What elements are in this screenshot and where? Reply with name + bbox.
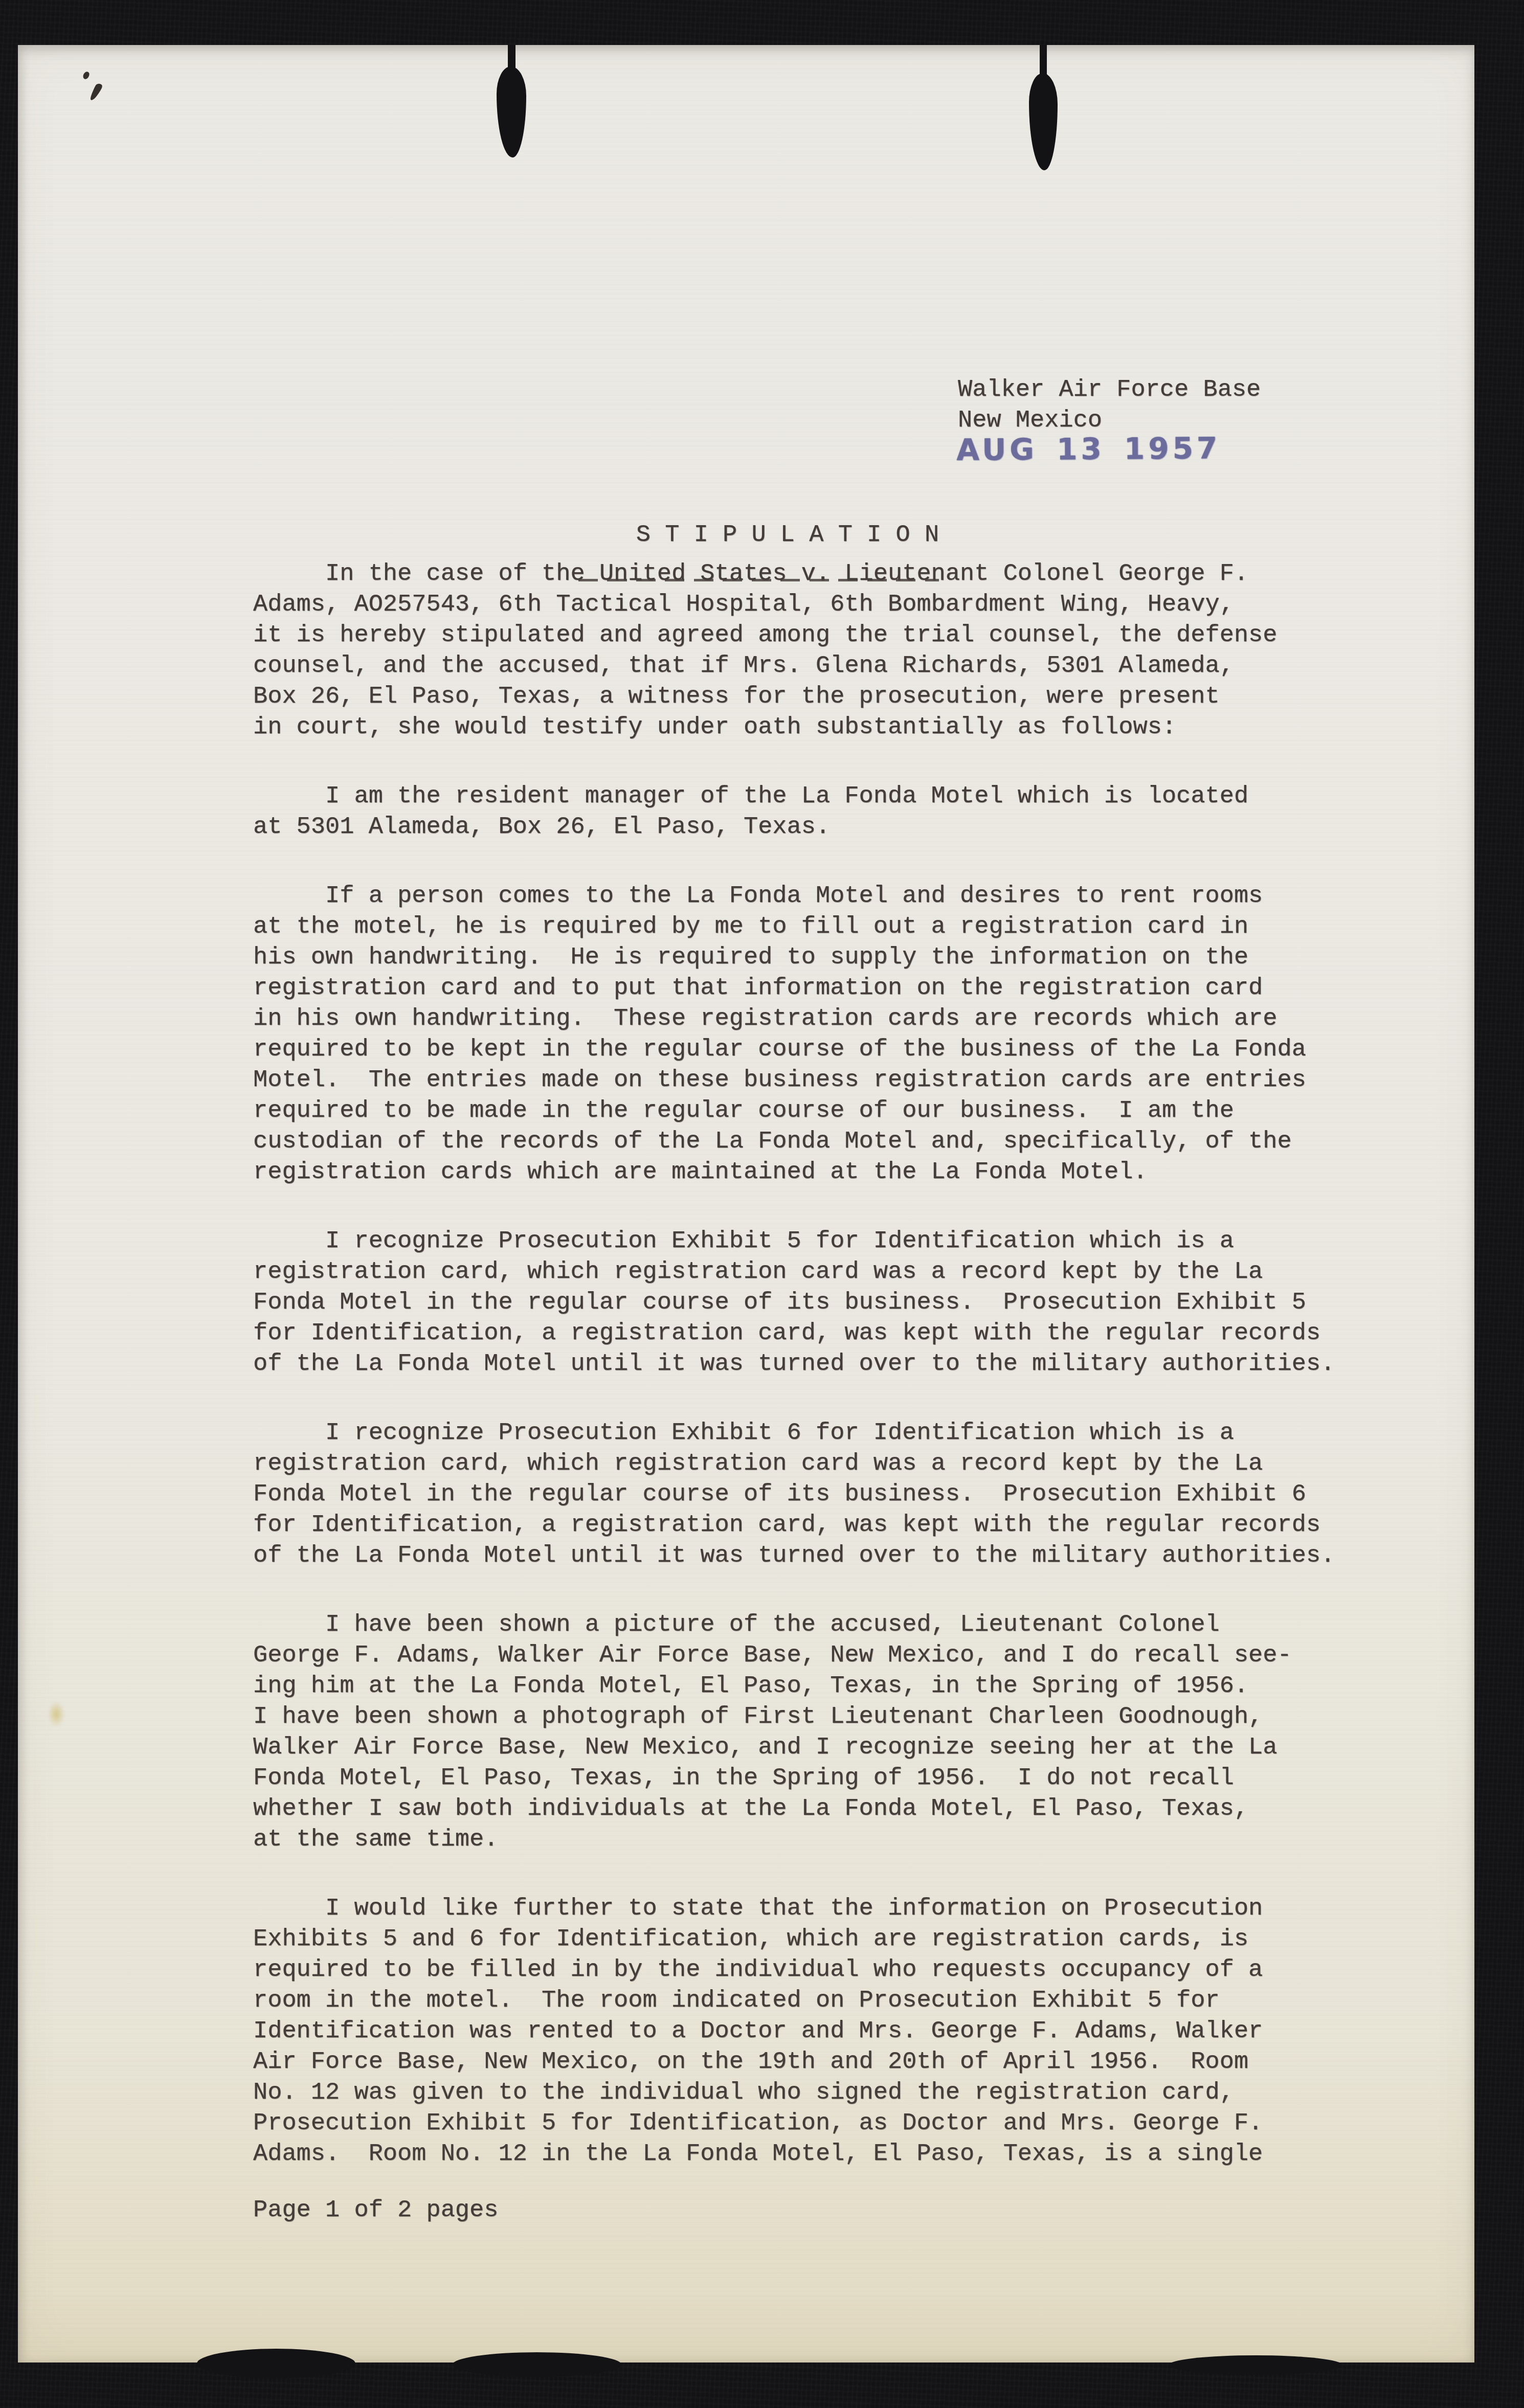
ink-speck: [82, 71, 90, 80]
paragraph-5: I recognize Prosecution Exhibit 6 for Id…: [253, 1418, 1335, 1571]
document-title-text: S T I P U L A T I O N: [636, 522, 939, 549]
paper-stain: [48, 1701, 65, 1727]
torn-edge-left: [197, 2349, 355, 2378]
punch-hole-left: [497, 66, 526, 157]
date-stamp: AUG 13 1957: [956, 432, 1221, 466]
torn-edge-middle: [453, 2352, 621, 2377]
scanned-document-photo: { "scan": { "background_color": "#131316…: [0, 0, 1524, 2408]
page-number: Page 1 of 2 pages: [253, 2195, 498, 2226]
paragraph-3: If a person comes to the La Fonda Motel …: [253, 881, 1335, 1188]
letterhead: Walker Air Force BaseNew Mexico: [958, 375, 1261, 436]
document-page: Walker Air Force BaseNew Mexico AUG 13 1…: [18, 45, 1474, 2362]
paragraph-4: I recognize Prosecution Exhibit 5 for Id…: [253, 1226, 1335, 1380]
paragraph-7: I would like further to state that the i…: [253, 1894, 1335, 2170]
paragraph-1: In the case of the United States v. Lieu…: [253, 559, 1335, 743]
paragraph-6: I have been shown a picture of the accus…: [253, 1610, 1335, 1855]
ink-smudge: [88, 82, 103, 102]
letterhead-station: Walker Air Force Base: [958, 376, 1261, 403]
document-body: In the case of the United States v. Lieu…: [253, 559, 1335, 2208]
torn-edge-right: [1169, 2355, 1342, 2375]
paragraph-2: I am the resident manager of the La Fond…: [253, 781, 1335, 843]
punch-hole-right: [1029, 73, 1058, 170]
letterhead-state: New Mexico: [958, 407, 1102, 434]
